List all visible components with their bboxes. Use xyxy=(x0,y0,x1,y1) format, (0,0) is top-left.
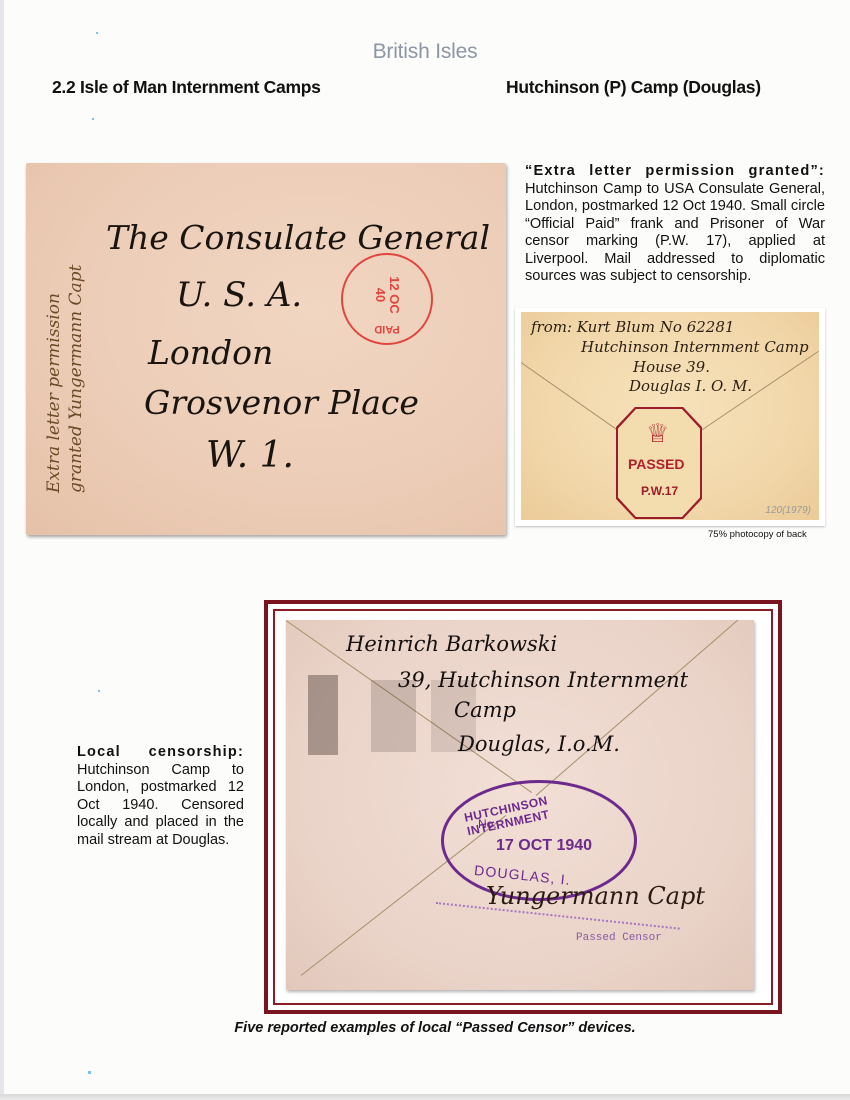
photocopy-caption: 75% photocopy of back xyxy=(708,529,807,540)
permission-note: granted Yungermann Capt xyxy=(66,265,86,493)
cover1-caption: “Extra letter permission granted”: Hutch… xyxy=(525,163,825,286)
censor-code: P.W.17 xyxy=(641,484,678,498)
footer-caption: Five reported examples of local “Passed … xyxy=(0,1020,850,1036)
sender-line: Douglas, I.o.M. xyxy=(458,732,620,756)
section-label: British Isles xyxy=(0,40,850,64)
cover2-caption: Local censorship: Hutchinson Camp to Lon… xyxy=(77,744,244,849)
censor-signature: Yungermann Capt xyxy=(486,882,705,910)
cover-back-photocopy: from: Kurt Blum No 62281 Hutchinson Inte… xyxy=(515,308,825,526)
cancel-smudge xyxy=(308,675,338,755)
camp-title: Hutchinson (P) Camp (Douglas) xyxy=(506,77,761,98)
page-edge xyxy=(0,0,4,1100)
scan-speck xyxy=(98,690,100,692)
passed-censor-text: Passed Censor xyxy=(576,932,662,944)
envelope-back: from: Kurt Blum No 62281 Hutchinson Inte… xyxy=(521,312,819,520)
sender-line: House 39. xyxy=(633,358,710,376)
flap-line xyxy=(536,620,754,796)
official-paid-postmark: 12 OC40 PAID xyxy=(341,253,433,345)
sender-line: 39, Hutchinson Internment xyxy=(398,668,688,692)
caption-lead: “Extra letter permission granted”: xyxy=(525,163,825,179)
address-line: The Consulate General xyxy=(106,218,490,257)
stamp-date: 17 OCT 1940 xyxy=(496,837,592,855)
scan-speck xyxy=(96,32,98,34)
sender-line: Heinrich Barkowski xyxy=(346,632,557,656)
caption-body: Hutchinson Camp to London, postmarked 12… xyxy=(77,762,244,848)
caption-lead: Local censorship: xyxy=(77,744,244,760)
chapter-title: 2.2 Isle of Man Internment Camps xyxy=(52,77,321,98)
sender-line: from: Kurt Blum No 62281 xyxy=(531,318,734,336)
sender-line: Douglas I. O. M. xyxy=(629,377,752,395)
pencil-reference: 120(1979) xyxy=(765,505,811,516)
scan-speck xyxy=(92,118,94,120)
crown-icon: ♕ xyxy=(646,420,669,446)
address-line: W. 1. xyxy=(206,435,294,476)
address-line: Grosvenor Place xyxy=(144,383,419,422)
address-line: U. S. A. xyxy=(176,275,302,315)
scan-speck xyxy=(88,1071,91,1074)
cover-front-image: The Consulate General U. S. A. London Gr… xyxy=(26,163,506,535)
stamp-no-text: No. xyxy=(478,817,497,831)
censor-passed-text: PASSED xyxy=(628,456,685,472)
permission-note: Extra letter permission xyxy=(44,293,64,493)
cover2-frame: Heinrich Barkowski 39, Hutchinson Intern… xyxy=(264,600,782,1014)
postmark-date: 12 OC xyxy=(387,276,402,314)
caption-body: Hutchinson Camp to USA Consulate General… xyxy=(525,181,825,285)
postmark-label: PAID xyxy=(343,323,431,335)
sender-line: Camp xyxy=(454,698,516,722)
sender-line: Hutchinson Internment Camp xyxy=(581,338,809,356)
address-line: London xyxy=(148,333,273,372)
page-edge xyxy=(0,1094,850,1100)
postmark-year: 40 xyxy=(373,288,388,302)
cover2-back-image: Heinrich Barkowski 39, Hutchinson Intern… xyxy=(286,620,754,990)
